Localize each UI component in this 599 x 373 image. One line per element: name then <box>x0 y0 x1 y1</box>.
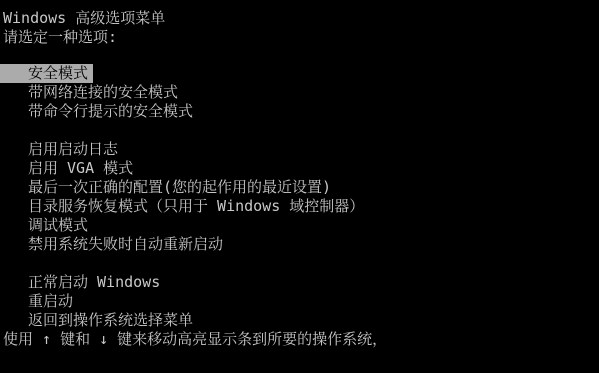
menu-group-advanced-options: 启用启动日志 启用 VGA 模式 最后一次正确的配置(您的起作用的最近设置) 目… <box>0 140 599 254</box>
menu-item-enable-vga-mode[interactable]: 启用 VGA 模式 <box>0 159 599 178</box>
menu-item-reboot[interactable]: 重启动 <box>0 292 599 311</box>
menu-item-directory-services-restore-mode[interactable]: 目录服务恢复模式（只用于 Windows 域控制器） <box>0 197 599 216</box>
menu-prompt: 请选定一种选项: <box>0 28 599 47</box>
menu-item-safe-mode[interactable]: 安全模式 <box>0 64 599 83</box>
keyboard-navigation-hint: 使用 ↑ 键和 ↓ 键来移动高亮显示条到所要的操作系统， <box>0 330 599 349</box>
menu-item-disable-automatic-restart-on-failure[interactable]: 禁用系统失败时自动重新启动 <box>0 235 599 254</box>
menu-group-safe-modes: 安全模式 带网络连接的安全模式 带命令行提示的安全模式 <box>0 64 599 121</box>
selection-highlight-bar: 安全模式 <box>0 64 93 83</box>
boot-menu-screen: Windows 高级选项菜单 请选定一种选项: 安全模式 带网络连接的安全模式 … <box>0 0 599 373</box>
boot-options-menu: 安全模式 带网络连接的安全模式 带命令行提示的安全模式 启用启动日志 启用 VG… <box>0 64 599 330</box>
page-title: Windows 高级选项菜单 <box>0 9 599 28</box>
menu-item-return-to-os-choices-menu[interactable]: 返回到操作系统选择菜单 <box>0 311 599 330</box>
menu-item-safe-mode-with-command-prompt[interactable]: 带命令行提示的安全模式 <box>0 102 599 121</box>
menu-item-debugging-mode[interactable]: 调试模式 <box>0 216 599 235</box>
menu-item-start-windows-normally[interactable]: 正常启动 Windows <box>0 273 599 292</box>
menu-item-safe-mode-with-networking[interactable]: 带网络连接的安全模式 <box>0 83 599 102</box>
menu-group-normal-start: 正常启动 Windows 重启动 返回到操作系统选择菜单 <box>0 273 599 330</box>
menu-item-last-known-good-configuration[interactable]: 最后一次正确的配置(您的起作用的最近设置) <box>0 178 599 197</box>
menu-item-enable-boot-logging[interactable]: 启用启动日志 <box>0 140 599 159</box>
